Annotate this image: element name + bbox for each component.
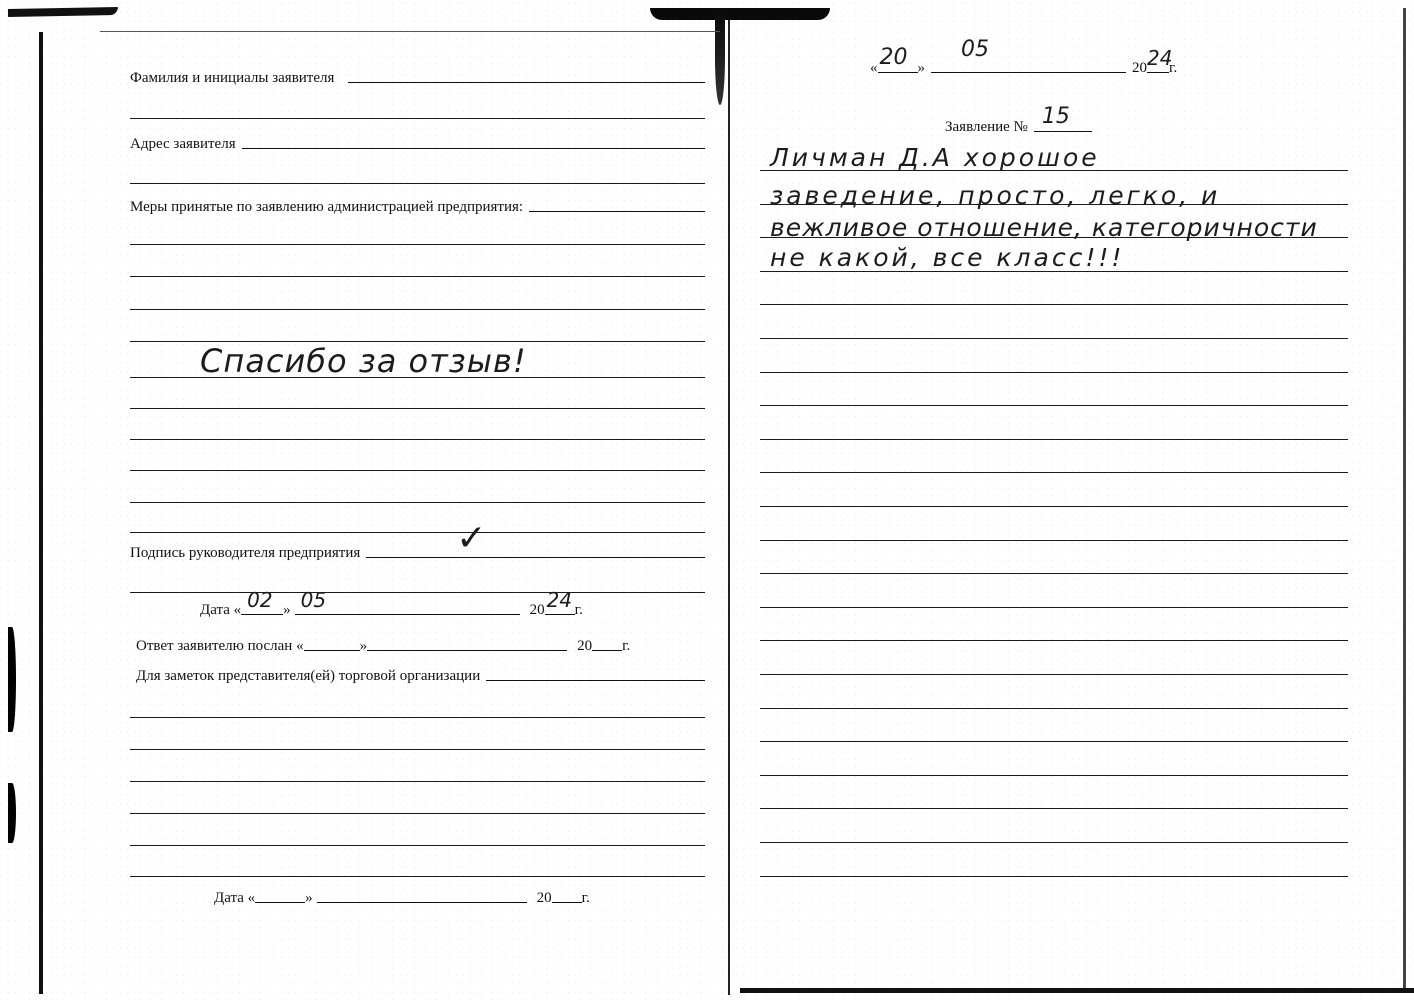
statement-number-row: Заявление № 15 — [945, 119, 1092, 136]
date-day-field[interactable]: 02 — [241, 613, 283, 615]
scan-artifact — [8, 627, 16, 732]
applicant-name-line — [130, 118, 705, 119]
page-border-left — [39, 32, 43, 994]
notes-line — [130, 749, 705, 750]
statement-date-row: « 20 » 05 20 24 г. — [870, 60, 1177, 77]
applicant-address-line — [130, 183, 705, 184]
date-month-field[interactable]: 05 — [295, 613, 520, 615]
bottom-date-row: Дата « » 20 г. — [130, 890, 705, 907]
notes-line — [130, 876, 705, 877]
reply-year-field[interactable] — [592, 649, 622, 651]
manager-signature-label: Подпись руководителя предприятия — [130, 545, 360, 562]
scan-edge — [8, 7, 118, 17]
statement-line — [760, 439, 1348, 440]
statement-line — [760, 472, 1348, 473]
notes-label: Для заметок представителя(ей) торговой о… — [136, 668, 480, 685]
measures-line — [130, 276, 705, 277]
measures-line — [130, 408, 705, 409]
measures-field[interactable] — [529, 210, 705, 212]
measures-response-handwriting: Спасибо за отзыв! — [200, 342, 527, 380]
right-page-statement: « 20 » 05 20 24 г. Заявление № 15 Личман… — [760, 0, 1340, 1000]
statement-line — [760, 372, 1348, 373]
notes-line — [130, 813, 705, 814]
bottom-date-day-field[interactable] — [255, 901, 305, 903]
applicant-name-field[interactable] — [348, 81, 705, 83]
measures-line — [130, 502, 705, 503]
page-divider — [728, 20, 730, 995]
statement-handwriting-line: не какой, все класс!!! — [770, 243, 1124, 272]
applicant-name-label: Фамилия и инициалы заявителя — [130, 70, 334, 87]
manager-signature-field[interactable]: ✓ — [366, 556, 705, 558]
statement-number-label: Заявление № — [945, 119, 1028, 136]
bottom-date-month-field[interactable] — [317, 901, 527, 903]
page-border-right — [1403, 8, 1406, 988]
statement-number-field[interactable]: 15 — [1034, 130, 1092, 132]
notes-line — [130, 781, 705, 782]
reply-sent-row: Ответ заявителю послан « » 20 г. — [130, 638, 705, 655]
bottom-date-year-field[interactable] — [552, 901, 582, 903]
bottom-date-label: Дата « — [214, 890, 255, 907]
statement-line — [760, 405, 1348, 406]
statement-line — [760, 674, 1348, 675]
statement-line — [760, 741, 1348, 742]
signature-line — [130, 592, 705, 593]
statement-line — [760, 708, 1348, 709]
statement-year-field[interactable]: 24 — [1147, 71, 1169, 73]
applicant-address-row: Адрес заявителя — [130, 136, 705, 153]
left-page-form: Фамилия и инициалы заявителя Адрес заяви… — [130, 0, 705, 1000]
statement-line — [760, 540, 1348, 541]
manager-signature-row: Подпись руководителя предприятия ✓ — [130, 545, 705, 562]
statement-line — [760, 842, 1348, 843]
statement-handwriting-line: заведение, просто, легко, и — [770, 181, 1220, 210]
statement-line — [760, 876, 1348, 877]
notes-line — [130, 845, 705, 846]
statement-line — [760, 573, 1348, 574]
applicant-address-field[interactable] — [242, 147, 705, 149]
measures-line — [130, 309, 705, 310]
date-label: Дата « — [200, 602, 241, 619]
notes-line — [130, 717, 705, 718]
statement-line — [760, 304, 1348, 305]
book-spine-shadow — [715, 10, 725, 105]
statement-month-field[interactable]: 05 — [931, 71, 1126, 73]
measures-row: Меры принятые по заявлению администрацие… — [130, 199, 705, 216]
statement-line — [760, 808, 1348, 809]
measures-label: Меры принятые по заявлению администрацие… — [130, 199, 523, 216]
reply-month-field[interactable] — [367, 649, 567, 651]
applicant-address-label: Адрес заявителя — [130, 136, 236, 153]
statement-line — [760, 338, 1348, 339]
statement-handwriting-line: Личман Д.А хорошое — [770, 143, 1100, 172]
measures-line — [130, 439, 705, 440]
measures-line — [130, 470, 705, 471]
statement-line — [760, 775, 1348, 776]
reply-day-field[interactable] — [304, 649, 360, 651]
notes-field[interactable] — [486, 679, 705, 681]
measures-line — [130, 377, 705, 378]
statement-line — [760, 640, 1348, 641]
statement-day-field[interactable]: 20 — [878, 71, 918, 73]
statement-line — [760, 506, 1348, 507]
applicant-name-row: Фамилия и инициалы заявителя — [130, 70, 705, 87]
notes-row: Для заметок представителя(ей) торговой о… — [130, 668, 705, 685]
reply-sent-label: Ответ заявителю послан « — [136, 638, 304, 655]
measures-line — [130, 244, 705, 245]
scan-artifact — [8, 783, 16, 843]
response-date-row: Дата « 02 » 05 20 24 г. — [130, 602, 705, 619]
date-year-field[interactable]: 24 — [545, 613, 575, 615]
statement-line — [760, 607, 1348, 608]
measures-line — [130, 532, 705, 533]
signature-mark: ✓ — [456, 518, 486, 559]
statement-handwriting-line: вежливое отношение, категоричности — [770, 213, 1318, 242]
